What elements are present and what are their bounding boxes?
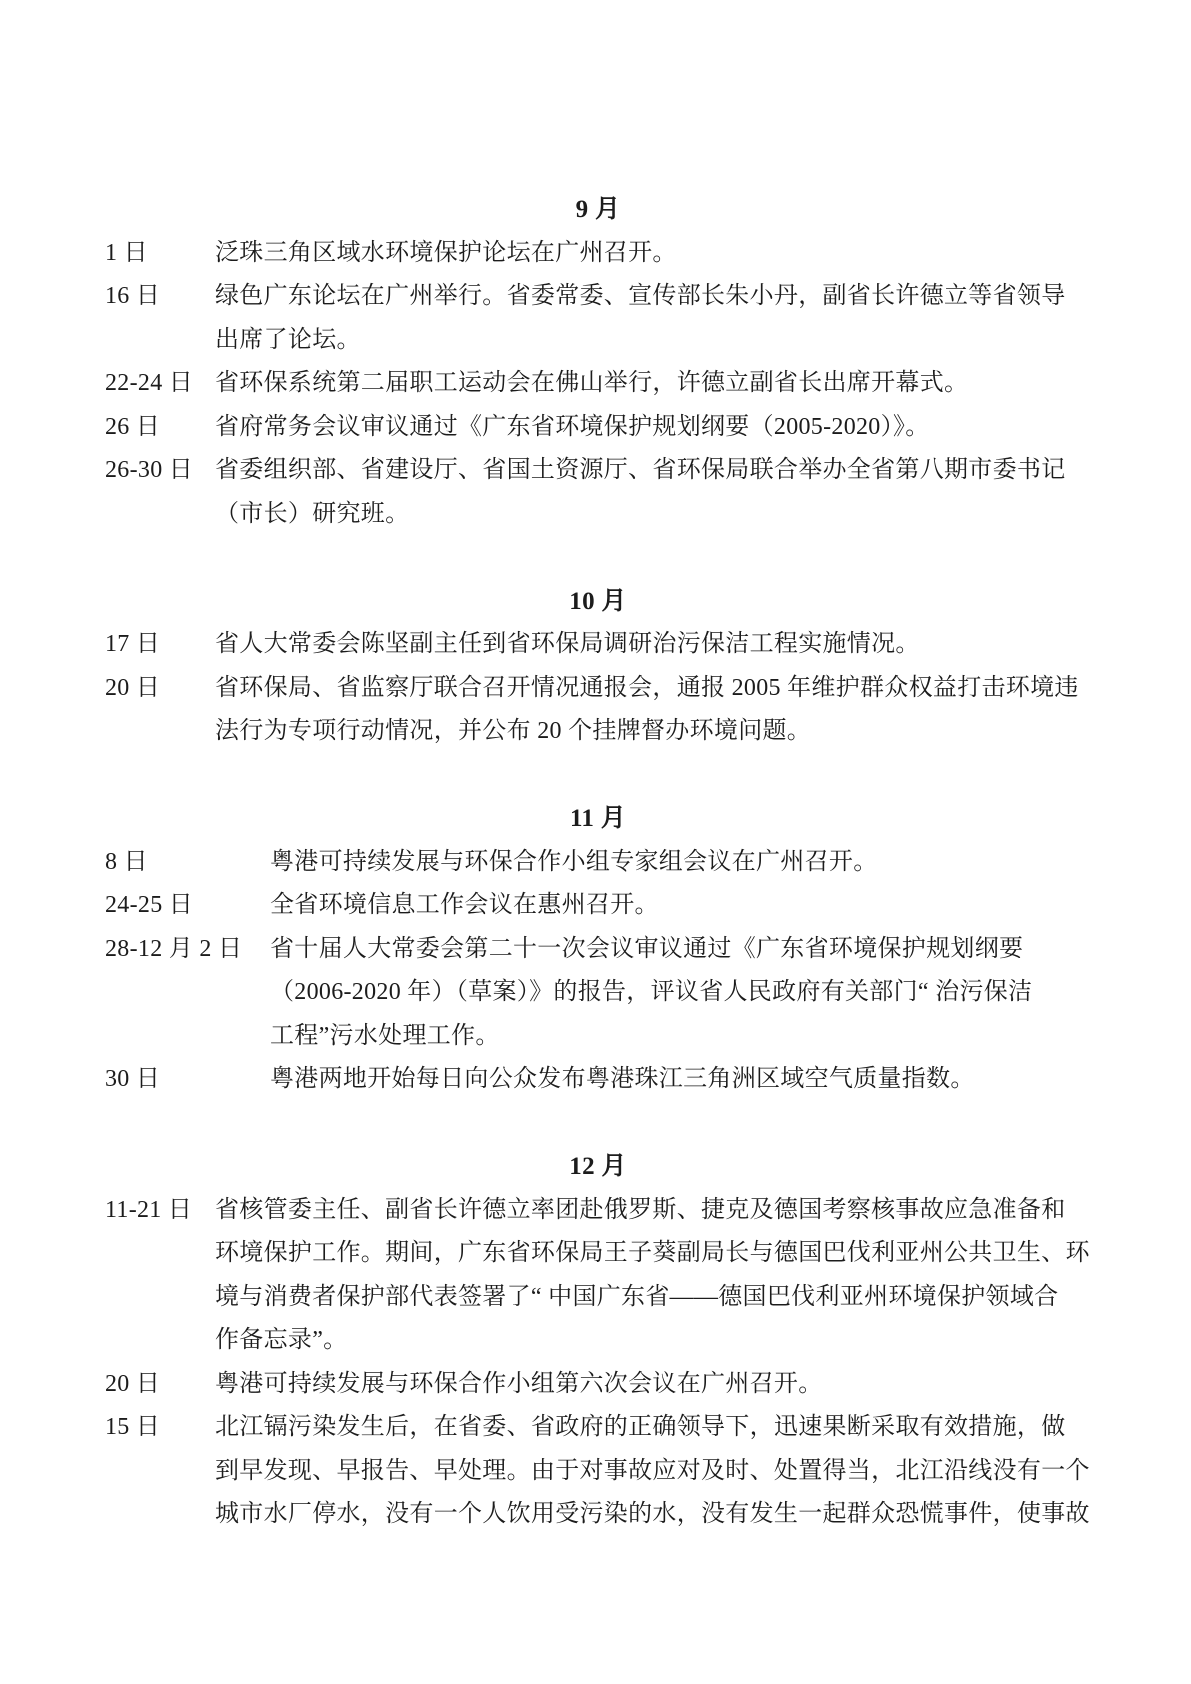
entry-date: 28-12 月 2 日 (105, 928, 242, 972)
entry-text-line: （市长）研究班。 (215, 493, 1091, 537)
entry-date: 26-30 日 (105, 449, 193, 493)
entry-text-line: 省环保局、省监察厅联合召开情况通报会，通报 2005 年维护群众权益打击环境违 (215, 667, 1091, 711)
entry-text-line: 到早发现、早报告、早处理。由于对事故应对及时、处置得当，北江沿线没有一个 (215, 1450, 1091, 1494)
entry-text-line: 绿色广东论坛在广州举行。省委常委、宣传部长朱小丹，副省长许德立等省领导 (215, 275, 1091, 319)
entry-text-line: 出席了论坛。 (215, 319, 1091, 363)
entry-text-line: （2006-2020 年）（草案）》的报告，评议省人民政府有关部门“ 治污保洁 (270, 971, 1091, 1015)
entry-text-line: 城市水厂停水，没有一个人饮用受污染的水，没有发生一起群众恐慌事件，使事故 (215, 1493, 1091, 1537)
timeline-entry: 20 日省环保局、省监察厅联合召开情况通报会，通报 2005 年维护群众权益打击… (105, 667, 1091, 754)
month-section: 11 月8 日粤港可持续发展与环保合作小组专家组会议在广州召开。24-25 日全… (105, 797, 1091, 1102)
month-heading: 9 月 (105, 188, 1091, 232)
month-heading: 10 月 (105, 580, 1091, 624)
month-section: 10 月17 日省人大常委会陈坚副主任到省环保局调研治污保洁工程实施情况。20 … (105, 580, 1091, 754)
timeline-entry: 26-30 日省委组织部、省建设厅、省国土资源厅、省环保局联合举办全省第八期市委… (105, 449, 1091, 536)
entry-text-line: 作备忘录”。 (215, 1319, 1091, 1363)
month-section: 12 月11-21 日省核管委主任、副省长许德立率团赴俄罗斯、捷克及德国考察核事… (105, 1145, 1091, 1537)
entry-date: 8 日 (105, 841, 148, 885)
document-content: 9 月1 日泛珠三角区域水环境保护论坛在广州召开。16 日绿色广东论坛在广州举行… (105, 188, 1091, 1537)
timeline-entry: 20 日粤港可持续发展与环保合作小组第六次会议在广州召开。 (105, 1363, 1091, 1407)
timeline-entry: 1 日泛珠三角区域水环境保护论坛在广州召开。 (105, 232, 1091, 276)
entry-text-line: 北江镉污染发生后，在省委、省政府的正确领导下，迅速果断采取有效措施，做 (215, 1406, 1091, 1450)
entry-text-line: 法行为专项行动情况，并公布 20 个挂牌督办环境问题。 (215, 710, 1091, 754)
entry-date: 16 日 (105, 275, 160, 319)
entry-text-line: 省环保系统第二届职工运动会在佛山举行，许德立副省长出席开幕式。 (215, 362, 1091, 406)
document-page: 9 月1 日泛珠三角区域水环境保护论坛在广州召开。16 日绿色广东论坛在广州举行… (0, 0, 1191, 1684)
timeline-entry: 28-12 月 2 日省十届人大常委会第二十一次会议审议通过《广东省环境保护规划… (105, 928, 1091, 1059)
timeline-entry: 22-24 日省环保系统第二届职工运动会在佛山举行，许德立副省长出席开幕式。 (105, 362, 1091, 406)
entry-date: 11-21 日 (105, 1189, 192, 1233)
entry-date: 30 日 (105, 1058, 160, 1102)
entry-text-line: 泛珠三角区域水环境保护论坛在广州召开。 (215, 232, 1091, 276)
entry-text-line: 省人大常委会陈坚副主任到省环保局调研治污保洁工程实施情况。 (215, 623, 1091, 667)
entry-text-line: 粤港可持续发展与环保合作小组第六次会议在广州召开。 (215, 1363, 1091, 1407)
entry-date: 22-24 日 (105, 362, 193, 406)
month-heading: 12 月 (105, 1145, 1091, 1189)
entry-text-line: 工程”污水处理工作。 (270, 1015, 1091, 1059)
timeline-entry: 30 日粤港两地开始每日向公众发布粤港珠江三角洲区域空气质量指数。 (105, 1058, 1091, 1102)
entry-text-line: 粤港可持续发展与环保合作小组专家组会议在广州召开。 (270, 841, 1091, 885)
month-section: 9 月1 日泛珠三角区域水环境保护论坛在广州召开。16 日绿色广东论坛在广州举行… (105, 188, 1091, 536)
timeline-entry: 11-21 日省核管委主任、副省长许德立率团赴俄罗斯、捷克及德国考察核事故应急准… (105, 1189, 1091, 1363)
entry-date: 1 日 (105, 232, 148, 276)
entry-date: 17 日 (105, 623, 160, 667)
entry-date: 26 日 (105, 406, 160, 450)
timeline-entry: 17 日省人大常委会陈坚副主任到省环保局调研治污保洁工程实施情况。 (105, 623, 1091, 667)
timeline-entry: 16 日绿色广东论坛在广州举行。省委常委、宣传部长朱小丹，副省长许德立等省领导出… (105, 275, 1091, 362)
entry-text-line: 省十届人大常委会第二十一次会议审议通过《广东省环境保护规划纲要 (270, 928, 1091, 972)
entry-date: 20 日 (105, 667, 160, 711)
timeline-entry: 24-25 日全省环境信息工作会议在惠州召开。 (105, 884, 1091, 928)
entry-text-line: 全省环境信息工作会议在惠州召开。 (270, 884, 1091, 928)
entry-date: 15 日 (105, 1406, 160, 1450)
month-heading: 11 月 (105, 797, 1091, 841)
timeline-entry: 8 日粤港可持续发展与环保合作小组专家组会议在广州召开。 (105, 841, 1091, 885)
timeline-entry: 15 日北江镉污染发生后，在省委、省政府的正确领导下，迅速果断采取有效措施，做到… (105, 1406, 1091, 1537)
timeline-entry: 26 日省府常务会议审议通过《广东省环境保护规划纲要（2005-2020）》。 (105, 406, 1091, 450)
entry-date: 24-25 日 (105, 884, 193, 928)
entry-text-line: 粤港两地开始每日向公众发布粤港珠江三角洲区域空气质量指数。 (270, 1058, 1091, 1102)
entry-text-line: 环境保护工作。期间，广东省环保局王子葵副局长与德国巴伐利亚州公共卫生、环 (215, 1232, 1091, 1276)
entry-text-line: 省委组织部、省建设厅、省国土资源厅、省环保局联合举办全省第八期市委书记 (215, 449, 1091, 493)
entry-text-line: 省核管委主任、副省长许德立率团赴俄罗斯、捷克及德国考察核事故应急准备和 (215, 1189, 1091, 1233)
entry-text-line: 境与消费者保护部代表签署了“ 中国广东省——德国巴伐利亚州环境保护领域合 (215, 1276, 1091, 1320)
entry-date: 20 日 (105, 1363, 160, 1407)
entry-text-line: 省府常务会议审议通过《广东省环境保护规划纲要（2005-2020）》。 (215, 406, 1091, 450)
